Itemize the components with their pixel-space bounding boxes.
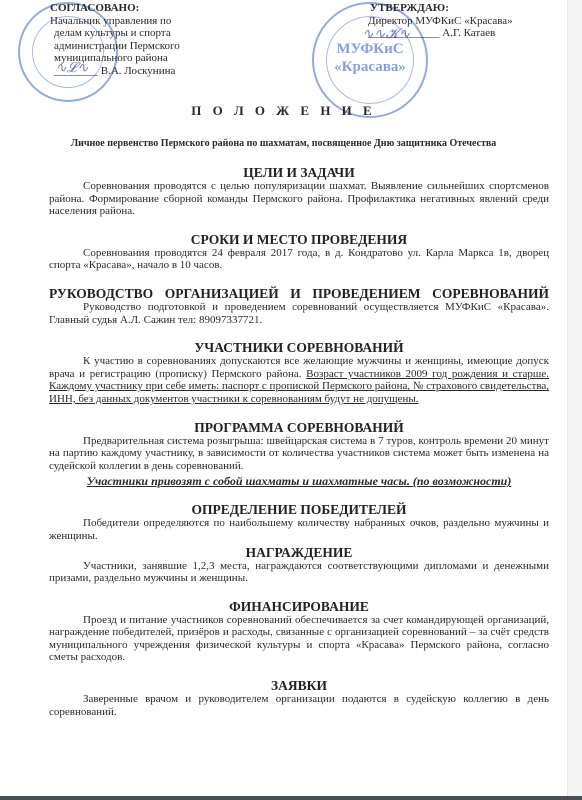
section-applications: ЗАЯВКИ Заверенные врачом и руководителем… [49, 678, 549, 718]
program-emphasis: Участники привозят с собой шахматы и шах… [49, 474, 549, 488]
agreed-line: Начальник управления по [50, 15, 250, 28]
section-awards: НАГРАЖДЕНИЕ Участники, занявшие 1,2,3 ме… [49, 545, 549, 585]
section-text: К участию в соревнованиях допускаются вс… [49, 355, 549, 405]
section-heading: СРОКИ И МЕСТО ПРОВЕДЕНИЯ [49, 232, 549, 247]
bottom-border [0, 796, 582, 800]
section-participants: УЧАСТНИКИ СОРЕВНОВАНИЙ К участию в сорев… [49, 340, 549, 405]
section-management: РУКОВОДСТВО ОРГАНИЗАЦИЕЙ И ПРОВЕДЕНИЕМ С… [49, 286, 549, 326]
section-text: Проезд и питание участников соревнований… [49, 614, 549, 664]
page-edge [567, 0, 582, 797]
approved-heading: УТВЕРЖДАЮ: [360, 2, 560, 15]
section-heading: ФИНАНСИРОВАНИЕ [49, 599, 549, 614]
section-text: Заверенные врачом и руководителем органи… [49, 693, 549, 718]
section-heading: УЧАСТНИКИ СОРЕВНОВАНИЙ [49, 340, 549, 355]
agreed-signature-line: ________ В.А. Лоскунина [50, 65, 250, 78]
section-heading: ПРОГРАММА СОРЕВНОВАНИЙ [49, 420, 549, 435]
document-subtitle: Личное первенство Пермского района по ша… [0, 138, 567, 149]
section-heading: ОПРЕДЕЛЕНИЕ ПОБЕДИТЕЛЕЙ [49, 502, 549, 517]
approved-line: Директор МУФКиС «Красава» [360, 15, 560, 28]
section-program: ПРОГРАММА СОРЕВНОВАНИЙ Предварительная с… [49, 420, 549, 489]
document-body: ЦЕЛИ И ЗАДАЧИ Соревнования проводятся с … [49, 165, 549, 718]
approval-agreed: СОГЛАСОВАНО: Начальник управления по дел… [50, 2, 250, 77]
agreed-line: муниципального района [50, 52, 250, 65]
section-heading: ЗАЯВКИ [49, 678, 549, 693]
section-text: Участники, занявшие 1,2,3 места, награжд… [49, 560, 549, 585]
document-title: П О Л О Ж Е Н И Е [0, 103, 567, 119]
section-text: Руководство подготовкой и проведением со… [49, 301, 549, 326]
agreed-line: администрации Пермского [50, 40, 250, 53]
section-heading: НАГРАЖДЕНИЕ [49, 545, 549, 560]
agreed-heading: СОГЛАСОВАНО: [50, 2, 250, 15]
stamp-text-org: МУФКиС [314, 41, 426, 58]
approved-signature-line: _____________ А.Г. Катаев [360, 27, 560, 40]
section-dates-place: СРОКИ И МЕСТО ПРОВЕДЕНИЯ Соревнования пр… [49, 232, 549, 272]
section-heading: ЦЕЛИ И ЗАДАЧИ [49, 165, 549, 180]
approval-approved: УТВЕРЖДАЮ: Директор МУФКиС «Красава» ___… [360, 2, 560, 40]
section-goals: ЦЕЛИ И ЗАДАЧИ Соревнования проводятся с … [49, 165, 549, 218]
section-text: Соревнования проводятся 24 февраля 2017 … [49, 247, 549, 272]
section-heading: РУКОВОДСТВО ОРГАНИЗАЦИЕЙ И ПРОВЕДЕНИЕМ С… [49, 286, 549, 301]
section-text: Победители определяются по наибольшему к… [49, 517, 549, 542]
section-financing: ФИНАНСИРОВАНИЕ Проезд и питание участник… [49, 599, 549, 664]
agreed-line: делам культуры и спорта [50, 27, 250, 40]
stamp-text-name: «Красава» [314, 59, 426, 76]
section-winners: ОПРЕДЕЛЕНИЕ ПОБЕДИТЕЛЕЙ Победители опред… [49, 502, 549, 542]
section-text: Предварительная система розыгрыша: швейц… [49, 435, 549, 473]
section-text: Соревнования проводятся с целью популяри… [49, 180, 549, 218]
